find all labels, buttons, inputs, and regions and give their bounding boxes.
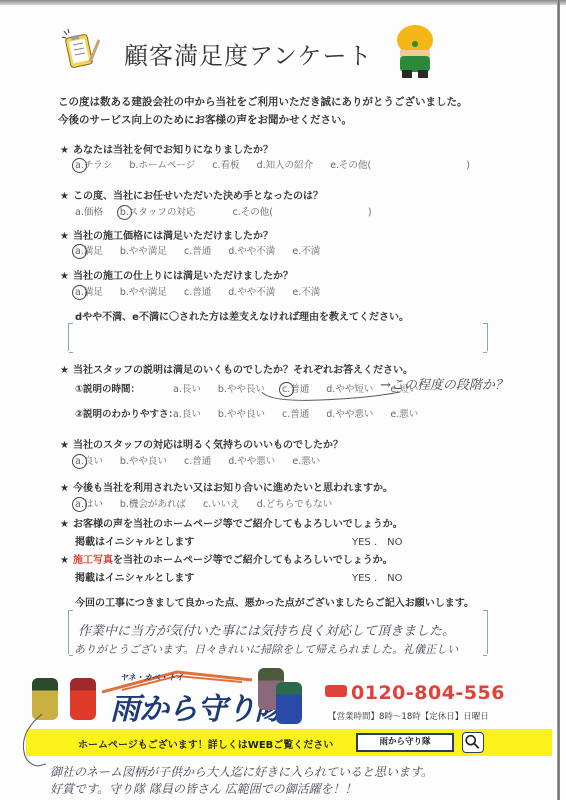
voice-publish-note: 掲載はイニシャルとします	[75, 533, 194, 548]
freedial-icon	[325, 685, 347, 697]
option-b-staff[interactable]: b.スタッフの対応	[120, 207, 196, 218]
option-c-normal[interactable]: c.普通	[184, 456, 211, 467]
option-a-satisfied[interactable]: a.満足	[75, 246, 103, 257]
magnifier-icon	[463, 733, 482, 751]
handwritten-comment-line1: 作業中に当方が気付いた事には気持ち良く対応して頂きました。	[78, 620, 455, 639]
option-b-somewhat-satisfied[interactable]: b.やや満足	[120, 246, 167, 257]
row-explanation-clarity: ②説明のわかりやすさ： a.良い b.やや良い c.普通 d.やや悪い e.悪い	[75, 406, 432, 420]
option-d-somewhat-bad[interactable]: d.やや悪い	[326, 409, 373, 420]
option-a-long[interactable]: a.長い	[173, 384, 201, 395]
website-banner: ホームページもございます！詳しくはWEBご覧ください 雨から守り隊	[26, 729, 552, 756]
question-staff-attitude: ★当社のスタッフの対応は明るく気持ちのいいものでしたか？	[60, 436, 343, 451]
survey-page: 顧客満足度アンケート この度は数ある建設会社の中から当社をご利用いただき誠にあり…	[0, 0, 557, 800]
option-c-other[interactable]: c.その他( )	[232, 207, 371, 218]
photo-highlight: 施工写真	[73, 555, 113, 566]
reason-input-box[interactable]	[68, 323, 488, 351]
question-photo-publish: ★施工写真を当社のホームページ等でご紹介してもよろしいでしょうか。	[60, 551, 393, 566]
clipboard-pencil-icon	[62, 28, 100, 72]
question-how-found: ★あなたは当社を何でお知りになりましたか？	[60, 141, 273, 156]
handwritten-note-explanation: →この程度の段階か？	[380, 374, 508, 393]
business-hours: 【営業時間】8時～18時【定休日】日曜日	[328, 710, 489, 722]
option-b-somewhat-good[interactable]: b.やや良い	[120, 456, 167, 467]
company-logo: ヤネ・カベ・トイ 雨から守り隊	[22, 668, 312, 726]
option-e-bad[interactable]: e.悪い	[292, 456, 320, 467]
option-d-somewhat-unsatisfied[interactable]: d.やや不満	[228, 287, 275, 298]
photo-publish-note: 掲載はイニシャルとします	[75, 569, 194, 584]
option-c-normal[interactable]: c.普通	[282, 409, 309, 420]
option-b-somewhat-satisfied[interactable]: b.やや満足	[120, 287, 167, 298]
search-button[interactable]	[462, 732, 484, 753]
hero-character-icon	[276, 682, 302, 724]
hero-character-icon	[70, 678, 96, 720]
option-b-homepage[interactable]: b.ホームページ	[129, 160, 195, 171]
option-d-somewhat-bad[interactable]: d.やや悪い	[228, 456, 275, 467]
option-d-somewhat-unsatisfied[interactable]: d.やや不満	[228, 246, 275, 257]
option-a-flyer[interactable]: a.チラシ	[75, 160, 112, 171]
option-c-neutral[interactable]: c.普通	[184, 246, 211, 257]
options-deciding-factor: a.価格 b.スタッフの対応 c.その他( )	[75, 204, 386, 218]
options-staff-attitude: a.良い b.やや良い c.普通 d.やや悪い e.悪い	[75, 453, 334, 467]
phone-number[interactable]: 0120-804-556	[325, 682, 505, 704]
banner-text: ホームページもございます！詳しくはWEBご覧ください	[78, 736, 333, 751]
comments-prompt: 今回の工事につきまして良かった点、悪かった点がございましたらご記入お願いします。	[75, 594, 474, 609]
question-price-satisfaction: ★当社の施工価格には満足いただけましたか？	[60, 227, 273, 242]
option-e-unsatisfied[interactable]: e.不満	[292, 287, 320, 298]
question-recommend: ★今後も当社を利用されたい又はお知り合いに進めたいと思われますか。	[60, 479, 393, 494]
option-a-price[interactable]: a.価格	[75, 207, 103, 218]
option-c-no[interactable]: c.いいえ	[203, 499, 240, 510]
handwritten-comment-line2: ありがとうございます。日々きれいに掃除をして帰えられました。礼儀正しい	[74, 641, 458, 657]
options-recommend: a.はい b.機会があれば c.いいえ d.どちらでもない	[75, 496, 346, 510]
question-deciding-factor: ★この度、当社にお任せいただいた決め手となったのは？	[60, 187, 323, 202]
options-how-found: a.チラシ b.ホームページ c.看板 d.知人の紹介 e.その他( )	[75, 157, 484, 171]
option-b-somewhat-long[interactable]: b.やや長い	[218, 384, 265, 395]
handwritten-comment-line4: 好賞です。守り隊 隊員の皆さん 広範囲での御活躍を！！	[50, 780, 357, 797]
option-a-satisfied[interactable]: a.満足	[75, 287, 103, 298]
option-a-good[interactable]: a.良い	[75, 456, 103, 467]
option-e-unsatisfied[interactable]: e.不満	[292, 246, 320, 257]
option-b-if-chance[interactable]: b.機会があれば	[120, 499, 186, 510]
option-d-referral[interactable]: d.知人の紹介	[257, 160, 314, 171]
options-finish-satisfaction: a.満足 b.やや満足 c.普通 d.やや不満 e.不満	[75, 284, 334, 298]
header: 顧客満足度アンケート	[62, 22, 482, 82]
reason-prompt: dやや不満、e不満に〇された方は差支えなければ理由を教えてください。	[75, 308, 409, 323]
logo-subtitle: ヤネ・カベ・トイ	[120, 672, 183, 683]
option-c-neutral[interactable]: c.普通	[184, 287, 211, 298]
question-staff-explanation: ★当社スタッフの説明は満足のいくものでしたか？それぞれお答えください。	[60, 361, 413, 376]
question-voice-publish: ★お客様の声を当社のホームページ等でご紹介してもよろしいでしょうか。	[60, 515, 403, 530]
voice-publish-yes-no[interactable]: YES ． NO	[352, 533, 402, 548]
option-e-other[interactable]: e.その他( )	[330, 160, 470, 171]
photo-publish-yes-no[interactable]: YES ． NO	[352, 569, 402, 584]
option-a-yes[interactable]: a.はい	[75, 499, 103, 510]
handwritten-comment-line3: 御社のネーム図柄が子供から大人迄に好きに入られていると思います。	[50, 763, 433, 780]
option-d-neither[interactable]: d.どちらでもない	[257, 499, 332, 510]
option-a-good[interactable]: a.良い	[173, 409, 201, 420]
option-e-bad[interactable]: e.悪い	[390, 409, 418, 420]
intro-text: この度は数ある建設会社の中から当社をご利用いただき誠にありがとうございました。 …	[58, 93, 468, 129]
page-title: 顧客満足度アンケート	[124, 36, 373, 71]
option-c-signboard[interactable]: c.看板	[212, 160, 239, 171]
option-b-somewhat-good[interactable]: b.やや良い	[218, 409, 265, 420]
search-input[interactable]: 雨から守り隊	[356, 733, 454, 752]
bowing-worker-mascot-icon	[392, 22, 438, 82]
question-finish-satisfaction: ★当社の施工の仕上りには満足いただけましたか？	[60, 267, 293, 282]
scan-right-edge	[557, 0, 560, 800]
options-price-satisfaction: a.満足 b.やや満足 c.普通 d.やや不満 e.不満	[75, 243, 334, 257]
